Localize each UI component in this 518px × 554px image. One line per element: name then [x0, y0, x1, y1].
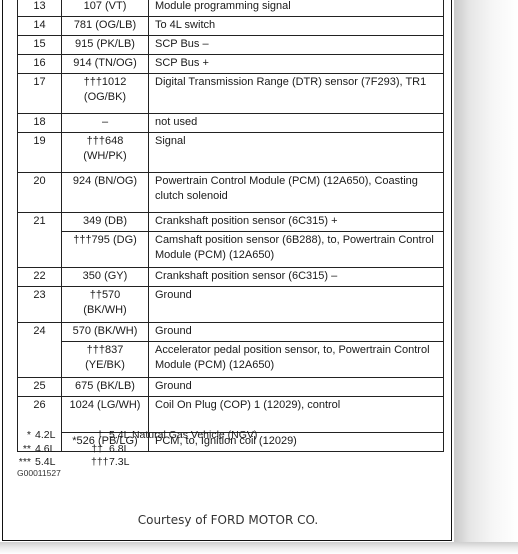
function-cell: Ground	[149, 287, 444, 323]
circuit-cell: 915 (PK/LB)	[62, 36, 149, 55]
table-row: 21349 (DB)Crankshaft position sensor (6C…	[18, 213, 444, 232]
function-cell: Accelerator pedal position sensor, to, P…	[149, 342, 444, 378]
circuit-cell: †††1012 (OG/BK)	[62, 74, 149, 114]
footnote-mark: †††	[91, 456, 109, 470]
footnote-value: 4.6L	[35, 443, 91, 457]
table-row: 23††570 (BK/WH)Ground	[18, 287, 444, 323]
function-cell: Coil On Plug (COP) 1 (12029), control	[149, 397, 444, 433]
pin-number-cell: 14	[18, 17, 62, 36]
circuit-cell: 349 (DB)	[62, 213, 149, 232]
function-cell: Crankshaft position sensor (6C315) –	[149, 268, 444, 287]
pin-number-cell: 18	[18, 114, 62, 133]
circuit-cell: 675 (BK/LB)	[62, 378, 149, 397]
table-row: 18–not used	[18, 114, 444, 133]
pin-number-cell: 25	[18, 378, 62, 397]
footnote-value: 4.2L	[35, 429, 91, 443]
footnotes: * 4.2L † 5.4L Natural Gas Vehicle (NGV) …	[17, 429, 257, 470]
footnote-mark: ††	[91, 443, 109, 457]
footnote-mark: *	[17, 429, 35, 443]
connector-pinout-table: 13107 (VT)Module programming signal14781…	[17, 0, 444, 452]
circuit-cell: ††570 (BK/WH)	[62, 287, 149, 323]
table-row: 19†††648 (WH/PK)Signal	[18, 133, 444, 173]
pin-number-cell: 21	[18, 213, 62, 268]
function-cell: Module programming signal	[149, 0, 444, 17]
page-shadow-bottom	[0, 542, 518, 554]
pin-number-cell: 24	[18, 323, 62, 378]
table-row: 22350 (GY)Crankshaft position sensor (6C…	[18, 268, 444, 287]
pin-number-cell: 17	[18, 74, 62, 114]
table-row: 20924 (BN/OG)Powertrain Control Module (…	[18, 173, 444, 213]
circuit-cell: 924 (BN/OG)	[62, 173, 149, 213]
circuit-cell: 107 (VT)	[62, 0, 149, 17]
circuit-cell: 350 (GY)	[62, 268, 149, 287]
circuit-cell: †††648 (WH/PK)	[62, 133, 149, 173]
footnote-mark: †	[91, 429, 109, 443]
function-cell: SCP Bus +	[149, 55, 444, 74]
circuit-cell: 570 (BK/WH)	[62, 323, 149, 342]
circuit-cell: –	[62, 114, 149, 133]
pin-number-cell: 22	[18, 268, 62, 287]
function-cell: SCP Bus –	[149, 36, 444, 55]
function-cell: To 4L switch	[149, 17, 444, 36]
table-row: 17†††1012 (OG/BK)Digital Transmission Ra…	[18, 74, 444, 114]
pin-number-cell: 19	[18, 133, 62, 173]
function-cell: not used	[149, 114, 444, 133]
table-row: 261024 (LG/WH)Coil On Plug (COP) 1 (1202…	[18, 397, 444, 433]
courtesy-caption: Courtesy of FORD MOTOR CO.	[3, 513, 453, 527]
function-cell: Powertrain Control Module (PCM) (12A650)…	[149, 173, 444, 213]
table-row: 15915 (PK/LB)SCP Bus –	[18, 36, 444, 55]
footnote-row: ** 4.6L †† 6.8L	[17, 443, 257, 457]
function-cell: Signal	[149, 133, 444, 173]
pin-number-cell: 15	[18, 36, 62, 55]
footnote-value: 7.3L	[109, 456, 129, 470]
pin-number-cell: 13	[18, 0, 62, 17]
table-row: †††795 (DG)Camshaft position sensor (6B2…	[18, 232, 444, 268]
circuit-cell: 914 (TN/OG)	[62, 55, 149, 74]
function-cell: Camshaft position sensor (6B288), to, Po…	[149, 232, 444, 268]
pin-number-cell: 23	[18, 287, 62, 323]
figure-code: G00011527	[17, 468, 61, 478]
function-cell: Ground	[149, 378, 444, 397]
function-cell: Digital Transmission Range (DTR) sensor …	[149, 74, 444, 114]
table-row: 25675 (BK/LB)Ground	[18, 378, 444, 397]
circuit-cell: 781 (OG/LB)	[62, 17, 149, 36]
footnote-value: 6.8L	[109, 443, 129, 457]
pin-number-cell: 16	[18, 55, 62, 74]
function-cell: Ground	[149, 323, 444, 342]
circuit-cell: †††837 (YE/BK)	[62, 342, 149, 378]
footnote-value: 5.4L Natural Gas Vehicle (NGV)	[109, 429, 257, 443]
table-row: 24570 (BK/WH)Ground	[18, 323, 444, 342]
pin-number-cell: 20	[18, 173, 62, 213]
footnote-row: * 4.2L † 5.4L Natural Gas Vehicle (NGV)	[17, 429, 257, 443]
footnote-mark: **	[17, 443, 35, 457]
function-cell: Crankshaft position sensor (6C315) +	[149, 213, 444, 232]
document-page: 13107 (VT)Module programming signal14781…	[2, 0, 452, 541]
circuit-cell: 1024 (LG/WH)	[62, 397, 149, 433]
table-row: 13107 (VT)Module programming signal	[18, 0, 444, 17]
table-row: 16914 (TN/OG)SCP Bus +	[18, 55, 444, 74]
table-row: †††837 (YE/BK)Accelerator pedal position…	[18, 342, 444, 378]
page-shadow-right	[454, 0, 518, 554]
table-row: 14781 (OG/LB)To 4L switch	[18, 17, 444, 36]
circuit-cell: †††795 (DG)	[62, 232, 149, 268]
